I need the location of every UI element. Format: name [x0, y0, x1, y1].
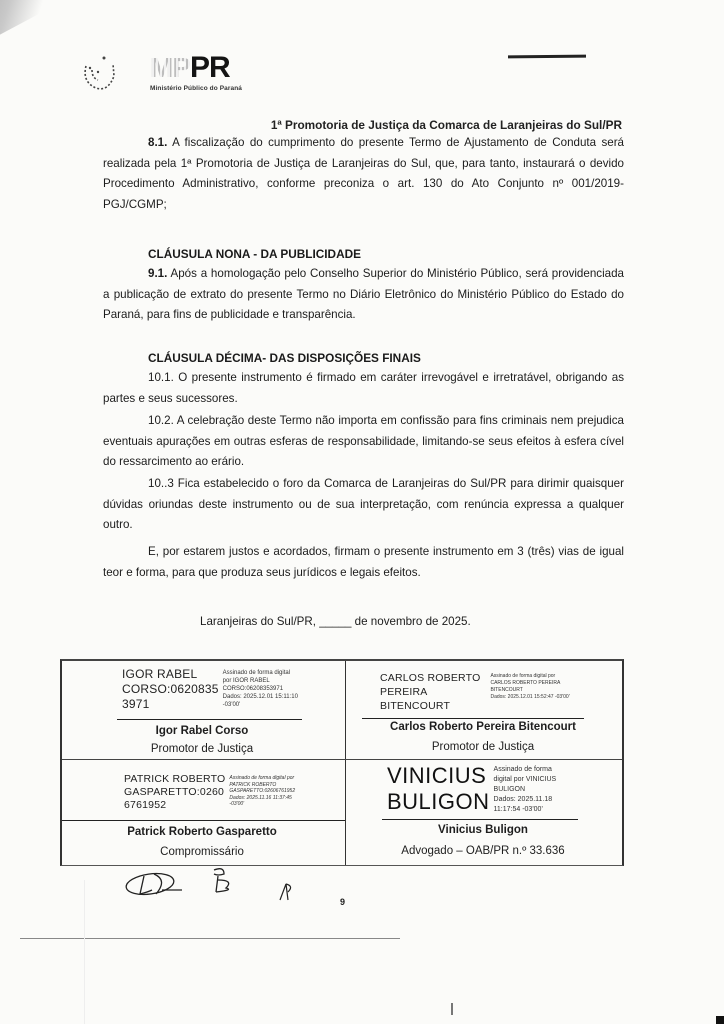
handwritten-initials-1-icon	[122, 868, 184, 902]
clause-10-3: 10..3 Fica estabelecido o foro da Comarc…	[103, 474, 624, 536]
clause-8-1-text: A fiscalização do cumprimento do present…	[103, 136, 624, 211]
signer-role: Promotor de Justiça	[348, 741, 618, 753]
scan-corner-shadow	[0, 0, 87, 45]
digital-signer-name: VINICIUS BULIGON	[387, 763, 490, 815]
signer-role: Promotor de Justiça	[67, 743, 337, 755]
digital-signature-meta: Assinado de forma digital por VINICIUS B…	[494, 765, 557, 815]
closing-paragraph: E, por estarem justos e acordados, firma…	[103, 542, 624, 583]
signature-table: IGOR RABEL CORSO:0620835 3971 Assinado d…	[60, 659, 624, 866]
date-line: Laranjeiras do Sul/PR, _____ de novembro…	[200, 612, 620, 633]
signer-name: Patrick Roberto Gasparetto	[67, 826, 337, 838]
logo-mp: MP	[150, 54, 190, 82]
signer-name: Carlos Roberto Pereira Bitencourt	[348, 721, 618, 733]
digital-signature-meta: Assinado de forma digital por CARLOS ROB…	[490, 673, 569, 701]
clause-8-1: 8.1. A fiscalização do cumprimento do pr…	[103, 133, 624, 215]
signer-name: Igor Rabel Corso	[67, 725, 337, 737]
digital-signature-meta: Assinado de forma digital por PATRICK RO…	[229, 775, 295, 808]
scan-corner-mark	[716, 1016, 724, 1024]
scan-mark	[451, 1003, 453, 1015]
clause-9-heading: CLÁUSULA NONA - DA PUBLICIDADE	[148, 247, 361, 261]
digital-signature-patrick: PATRICK ROBERTO GASPARETTO:0260 6761952 …	[124, 773, 295, 812]
digital-signer-name: CARLOS ROBERTO PEREIRA BITENCOURT	[380, 671, 480, 713]
clause-9-1: 9.1. Após a homologação pelo Conselho Su…	[103, 264, 624, 326]
state-crest-icon	[78, 52, 120, 94]
clause-10-1: 10.1. O presente instrumento é firmado e…	[103, 368, 624, 409]
clause-9-1-number: 9.1.	[148, 267, 167, 280]
handwritten-initials-3-icon	[278, 880, 296, 902]
digital-signature-vinicius: VINICIUS BULIGON Assinado de forma digit…	[387, 763, 556, 815]
digital-signature-carlos: CARLOS ROBERTO PEREIRA BITENCOURT Assina…	[380, 671, 570, 713]
mppr-logo: MP PR Ministério Público do Paraná	[150, 52, 242, 92]
handwritten-initials-2-icon	[210, 866, 238, 896]
office-header: 1ª Promotoria de Justiça da Comarca de L…	[120, 118, 622, 132]
clause-10-heading: CLÁUSULA DÉCIMA- DAS DISPOSIÇÕES FINAIS	[148, 351, 421, 365]
logo-pr: PR	[190, 54, 230, 82]
digital-signature-igor: IGOR RABEL CORSO:0620835 3971 Assinado d…	[122, 667, 298, 712]
bottom-rule	[20, 938, 400, 939]
logo-subtitle: Ministério Público do Paraná	[150, 85, 242, 92]
page-number: 9	[340, 897, 345, 907]
clause-10-2: 10.2. A celebração deste Termo não impor…	[103, 411, 624, 473]
clause-9-1-text: Após a homologação pelo Conselho Superio…	[103, 267, 624, 321]
signer-role: Advogado – OAB/PR n.º 33.636	[348, 845, 618, 857]
digital-signer-name: IGOR RABEL CORSO:0620835 3971	[122, 667, 219, 712]
signer-name: Vinicius Buligon	[348, 824, 618, 836]
signer-role: Compromissário	[67, 846, 337, 858]
clause-8-1-number: 8.1.	[148, 136, 167, 149]
top-right-rule	[508, 55, 586, 59]
digital-signature-meta: Assinado de forma digital por IGOR RABEL…	[223, 669, 298, 709]
digital-signer-name: PATRICK ROBERTO GASPARETTO:0260 6761952	[124, 773, 225, 812]
document-page: MP PR Ministério Público do Paraná 1ª Pr…	[0, 0, 724, 1024]
